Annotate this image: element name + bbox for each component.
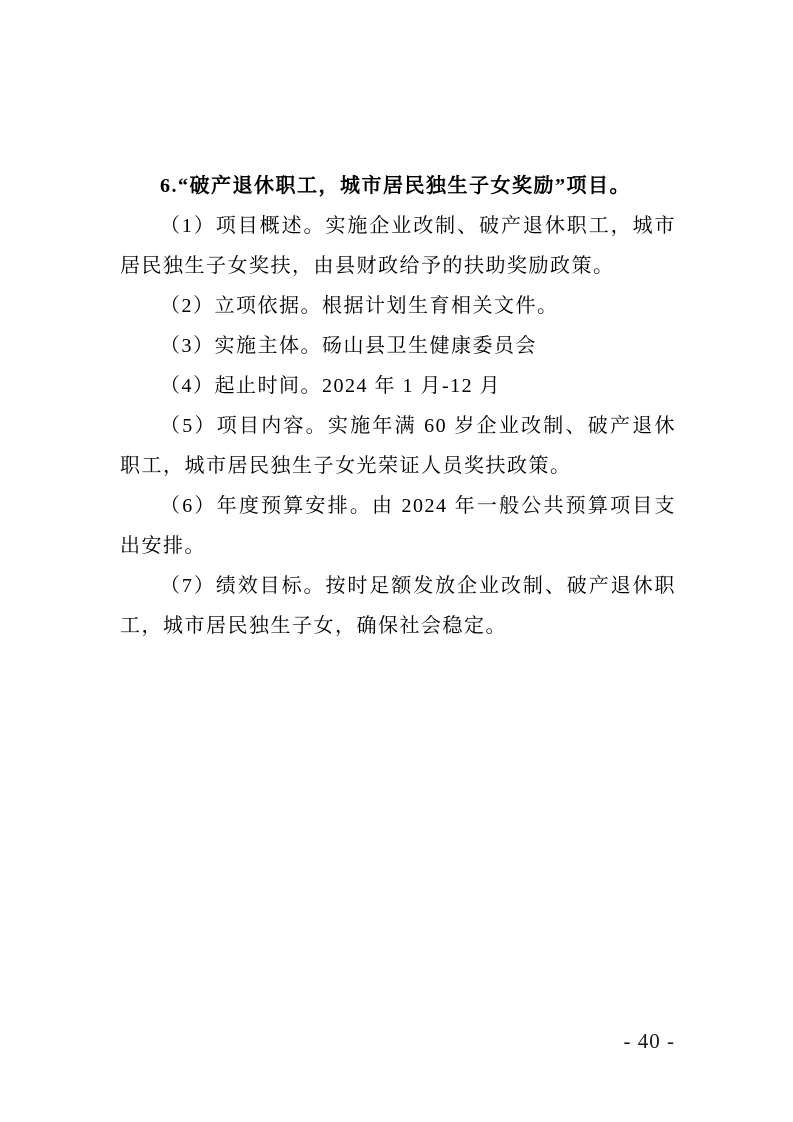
section-heading: 6.“破产退休职工，城市居民独生子女奖励”项目。 [120, 166, 676, 206]
paragraph-project-overview: （1）项目概述。实施企业改制、破产退休职工，城市居民独生子女奖扶，由县财政给予的… [120, 206, 676, 286]
paragraph-project-content: （5）项目内容。实施年满 60 岁企业改制、破产退休职工，城市居民独生子女光荣证… [120, 406, 676, 486]
paragraph-annual-budget: （6）年度预算安排。由 2024 年一般公共预算项目支出安排。 [120, 486, 676, 566]
document-page: 6.“破产退休职工，城市居民独生子女奖励”项目。 （1）项目概述。实施企业改制、… [0, 0, 793, 1122]
paragraph-implementing-body: （3）实施主体。砀山县卫生健康委员会 [120, 326, 676, 366]
page-number: - 40 - [624, 1029, 676, 1054]
paragraph-project-basis: （2）立项依据。根据计划生育相关文件。 [120, 286, 676, 326]
document-body: 6.“破产退休职工，城市居民独生子女奖励”项目。 （1）项目概述。实施企业改制、… [120, 166, 676, 646]
paragraph-performance-goal: （7）绩效目标。按时足额发放企业改制、破产退休职工，城市居民独生子女，确保社会稳… [120, 566, 676, 646]
paragraph-time-period: （4）起止时间。2024 年 1 月-12 月 [120, 366, 676, 406]
